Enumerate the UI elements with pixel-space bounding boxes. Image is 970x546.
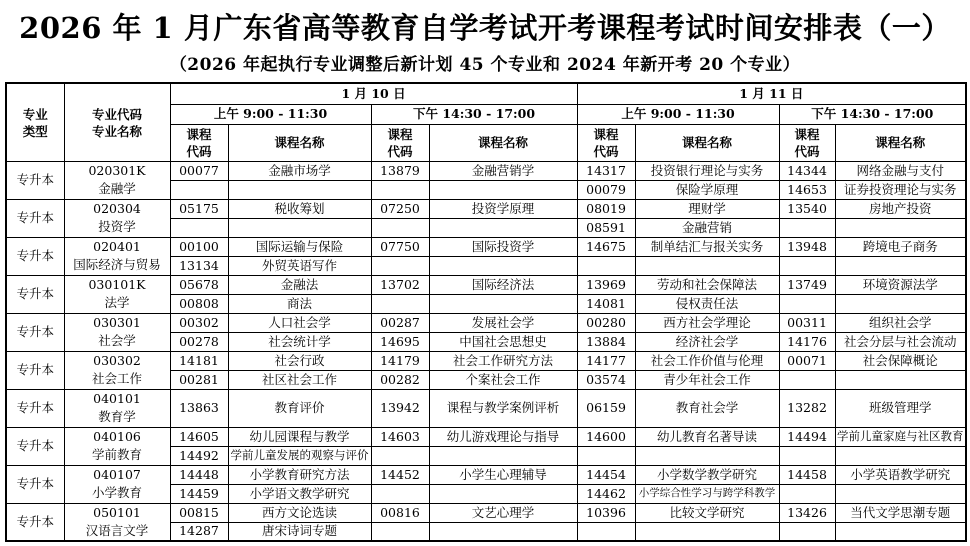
header-date-jan11: 1 月 11 日 xyxy=(577,83,966,104)
major-name: 金融学 xyxy=(66,180,169,198)
major-cell: 030302社会工作 xyxy=(64,351,170,389)
course-name-cell: 幼儿教育名著导读 xyxy=(635,427,779,446)
course-name-cell xyxy=(635,256,779,275)
course-code-cell: 07750 xyxy=(371,237,429,256)
course-code-cell: 08591 xyxy=(577,218,635,237)
course-name-cell: 理财学 xyxy=(635,199,779,218)
major-cell: 030101K法学 xyxy=(64,275,170,313)
course-name-cell: 投资学原理 xyxy=(429,199,577,218)
course-name-cell: 文艺心理学 xyxy=(429,503,577,522)
course-name-cell: 青少年社会工作 xyxy=(635,370,779,389)
course-name-cell: 税收筹划 xyxy=(228,199,371,218)
course-code-cell: 13879 xyxy=(371,161,429,180)
table-row: 专升本040101教育学13863教育评价13942课程与教学案例评析06159… xyxy=(6,389,966,427)
course-name-cell: 房地产投资 xyxy=(835,199,966,218)
table-row: 专升本020304投资学05175税收筹划07250投资学原理08019理财学1… xyxy=(6,199,966,218)
course-code-cell: 08019 xyxy=(577,199,635,218)
course-name-cell: 国际投资学 xyxy=(429,237,577,256)
course-code-cell xyxy=(779,218,835,237)
course-code-cell xyxy=(779,522,835,541)
exam-schedule-table: 专业 类型 专业代码 专业名称 1 月 10 日 1 月 11 日 上午 9:0… xyxy=(5,82,967,542)
course-code-cell: 13942 xyxy=(371,389,429,427)
header-course-code-2: 课程 代码 xyxy=(371,124,429,161)
course-code-cell: 14181 xyxy=(170,351,228,370)
major-name: 社会工作 xyxy=(66,370,169,388)
course-name-cell: 金融法 xyxy=(228,275,371,294)
course-name-cell xyxy=(228,180,371,199)
course-name-cell: 保险学原理 xyxy=(635,180,779,199)
course-name-cell: 发展社会学 xyxy=(429,313,577,332)
course-name-cell xyxy=(429,256,577,275)
course-code-cell xyxy=(371,256,429,275)
major-name: 投资学 xyxy=(66,218,169,236)
major-code: 020304 xyxy=(66,200,169,218)
course-name-cell: 教育评价 xyxy=(228,389,371,427)
course-name-cell: 小学语文教学研究 xyxy=(228,484,371,503)
header-major-code-line1: 专业代码 xyxy=(66,106,169,123)
course-code-cell: 14287 xyxy=(170,522,228,541)
course-code-cell: 00815 xyxy=(170,503,228,522)
course-name-cell xyxy=(835,522,966,541)
course-code-cell: 14179 xyxy=(371,351,429,370)
major-code: 030101K xyxy=(66,276,169,294)
course-code-cell: 13282 xyxy=(779,389,835,427)
major-cell: 020401国际经济与贸易 xyxy=(64,237,170,275)
major-name: 国际经济与贸易 xyxy=(66,256,169,274)
course-name-cell: 人口社会学 xyxy=(228,313,371,332)
header-course-code-4: 课程 代码 xyxy=(779,124,835,161)
major-type-cell: 专升本 xyxy=(6,237,64,275)
course-code-cell: 00287 xyxy=(371,313,429,332)
course-name-cell: 经济社会学 xyxy=(635,332,779,351)
major-code: 030301 xyxy=(66,314,169,332)
course-name-cell: 社会工作价值与伦理 xyxy=(635,351,779,370)
course-code-cell: 14462 xyxy=(577,484,635,503)
exam-schedule-page: 2026 年 1 月广东省高等教育自学考试开考课程考试时间安排表（一） （202… xyxy=(0,0,970,546)
header-date-jan10: 1 月 10 日 xyxy=(170,83,577,104)
course-name-cell: 金融市场学 xyxy=(228,161,371,180)
major-code: 040107 xyxy=(66,466,169,484)
course-name-cell: 环境资源法学 xyxy=(835,275,966,294)
course-name-cell: 国际运输与保险 xyxy=(228,237,371,256)
course-code-cell: 14317 xyxy=(577,161,635,180)
course-name-cell: 投资银行理论与实务 xyxy=(635,161,779,180)
course-name-cell: 社区社会工作 xyxy=(228,370,371,389)
course-name-cell xyxy=(429,180,577,199)
course-code-cell: 14603 xyxy=(371,427,429,446)
course-code-cell xyxy=(779,370,835,389)
course-code-cell: 14695 xyxy=(371,332,429,351)
course-name-cell xyxy=(635,522,779,541)
course-code-cell: 13540 xyxy=(779,199,835,218)
course-name-cell xyxy=(635,446,779,465)
course-code-cell: 14675 xyxy=(577,237,635,256)
course-name-cell xyxy=(429,484,577,503)
course-code-cell: 14081 xyxy=(577,294,635,313)
course-code-cell: 13134 xyxy=(170,256,228,275)
course-code-cell: 00816 xyxy=(371,503,429,522)
course-code-cell: 13702 xyxy=(371,275,429,294)
course-name-cell xyxy=(835,484,966,503)
course-code-cell: 14176 xyxy=(779,332,835,351)
course-code-cell: 00808 xyxy=(170,294,228,313)
course-name-cell xyxy=(835,256,966,275)
course-code-cell: 13969 xyxy=(577,275,635,294)
major-cell: 020304投资学 xyxy=(64,199,170,237)
table-row: 专升本020301K金融学00077金融市场学13879金融营销学14317投资… xyxy=(6,161,966,180)
course-name-cell: 制单结汇与报关实务 xyxy=(635,237,779,256)
course-name-cell: 证券投资理论与实务 xyxy=(835,180,966,199)
course-name-cell: 班级管理学 xyxy=(835,389,966,427)
course-name-cell: 小学综合性学习与跨学科教学 xyxy=(635,484,779,503)
course-name-cell xyxy=(835,446,966,465)
course-name-cell: 当代文学思潮专题 xyxy=(835,503,966,522)
course-code-cell: 05175 xyxy=(170,199,228,218)
course-code-cell: 00281 xyxy=(170,370,228,389)
course-name-cell: 小学教育研究方法 xyxy=(228,465,371,484)
major-code: 020301K xyxy=(66,162,169,180)
course-code-cell xyxy=(371,218,429,237)
major-cell: 020301K金融学 xyxy=(64,161,170,199)
course-code-cell xyxy=(170,218,228,237)
course-name-cell xyxy=(835,218,966,237)
course-code-cell: 13884 xyxy=(577,332,635,351)
header-course-code-1: 课程 代码 xyxy=(170,124,228,161)
course-code-cell: 05678 xyxy=(170,275,228,294)
major-code: 050101 xyxy=(66,504,169,522)
header-date-row: 专业 类型 专业代码 专业名称 1 月 10 日 1 月 11 日 xyxy=(6,83,966,104)
header-major-type-line1: 专业 xyxy=(8,106,63,123)
course-code-cell: 00077 xyxy=(170,161,228,180)
course-name-cell: 课程与教学案例评析 xyxy=(429,389,577,427)
header-course-code-3: 课程 代码 xyxy=(577,124,635,161)
table-row: 专升本040107小学教育14448小学教育研究方法14452小学生心理辅导14… xyxy=(6,465,966,484)
course-code-cell: 14459 xyxy=(170,484,228,503)
major-type-cell: 专升本 xyxy=(6,351,64,389)
course-code-cell: 14452 xyxy=(371,465,429,484)
header-course-name-1: 课程名称 xyxy=(228,124,371,161)
course-code-cell xyxy=(779,294,835,313)
table-row: 专升本040106学前教育14605幼儿园课程与教学14603幼儿游戏理论与指导… xyxy=(6,427,966,446)
course-code-cell xyxy=(577,522,635,541)
course-code-cell xyxy=(371,446,429,465)
major-name: 社会学 xyxy=(66,332,169,350)
course-name-cell xyxy=(835,294,966,313)
course-name-cell: 唐宋诗词专题 xyxy=(228,522,371,541)
header-course-name-2: 课程名称 xyxy=(429,124,577,161)
course-code-cell: 00278 xyxy=(170,332,228,351)
table-row: 专升本020401国际经济与贸易00100国际运输与保险07750国际投资学14… xyxy=(6,237,966,256)
course-name-cell: 学前儿童发展的观察与评价 xyxy=(228,446,371,465)
course-code-cell xyxy=(371,522,429,541)
course-code-cell: 00282 xyxy=(371,370,429,389)
course-name-cell xyxy=(429,218,577,237)
course-name-cell: 社会工作研究方法 xyxy=(429,351,577,370)
course-code-cell: 13948 xyxy=(779,237,835,256)
header-major-code-name: 专业代码 专业名称 xyxy=(64,83,170,161)
course-name-cell xyxy=(228,218,371,237)
course-code-cell xyxy=(577,256,635,275)
major-type-cell: 专升本 xyxy=(6,503,64,541)
course-name-cell xyxy=(429,522,577,541)
course-code-cell: 00079 xyxy=(577,180,635,199)
major-code: 040106 xyxy=(66,428,169,446)
header-course-name-3: 课程名称 xyxy=(635,124,779,161)
major-cell: 040101教育学 xyxy=(64,389,170,427)
major-type-cell: 专升本 xyxy=(6,427,64,465)
course-code-cell xyxy=(779,484,835,503)
page-title: 2026 年 1 月广东省高等教育自学考试开考课程考试时间安排表（一） xyxy=(0,0,970,46)
course-code-cell: 14448 xyxy=(170,465,228,484)
course-name-cell: 商法 xyxy=(228,294,371,313)
course-code-cell: 00302 xyxy=(170,313,228,332)
course-name-cell xyxy=(429,294,577,313)
course-code-cell: 00071 xyxy=(779,351,835,370)
course-code-cell: 14177 xyxy=(577,351,635,370)
course-code-cell: 13863 xyxy=(170,389,228,427)
major-type-cell: 专升本 xyxy=(6,389,64,427)
page-subtitle: （2026 年起执行专业调整后新计划 45 个专业和 2024 年新开考 20 … xyxy=(0,50,970,75)
course-code-cell: 14494 xyxy=(779,427,835,446)
table-row: 专升本050101汉语言文学00815西方文论选读00816文艺心理学10396… xyxy=(6,503,966,522)
major-name: 学前教育 xyxy=(66,446,169,464)
course-code-cell xyxy=(371,484,429,503)
table-row: 专升本030302社会工作14181社会行政14179社会工作研究方法14177… xyxy=(6,351,966,370)
major-cell: 040106学前教育 xyxy=(64,427,170,465)
major-code: 020401 xyxy=(66,238,169,256)
course-code-cell: 00311 xyxy=(779,313,835,332)
major-name: 小学教育 xyxy=(66,484,169,502)
major-type-cell: 专升本 xyxy=(6,161,64,199)
header-session-jan11-pm: 下午 14:30 - 17:00 xyxy=(779,104,966,124)
course-name-cell xyxy=(835,370,966,389)
course-name-cell: 小学英语教学研究 xyxy=(835,465,966,484)
course-code-cell xyxy=(371,180,429,199)
header-major-type-line2: 类型 xyxy=(8,123,63,140)
major-type-cell: 专升本 xyxy=(6,465,64,503)
major-cell: 030301社会学 xyxy=(64,313,170,351)
course-name-cell: 个案社会工作 xyxy=(429,370,577,389)
major-name: 教育学 xyxy=(66,408,169,426)
major-name: 法学 xyxy=(66,294,169,312)
course-name-cell: 社会统计学 xyxy=(228,332,371,351)
major-cell: 040107小学教育 xyxy=(64,465,170,503)
table-row: 专升本030101K法学05678金融法13702国际经济法13969劳动和社会… xyxy=(6,275,966,294)
course-name-cell: 幼儿游戏理论与指导 xyxy=(429,427,577,446)
course-name-cell: 金融营销学 xyxy=(429,161,577,180)
course-name-cell: 社会保障概论 xyxy=(835,351,966,370)
course-code-cell xyxy=(170,180,228,199)
course-code-cell: 14454 xyxy=(577,465,635,484)
course-name-cell: 学前儿童家庭与社区教育 xyxy=(835,427,966,446)
major-type-cell: 专升本 xyxy=(6,313,64,351)
header-session-jan11-am: 上午 9:00 - 11:30 xyxy=(577,104,779,124)
course-code-cell: 07250 xyxy=(371,199,429,218)
course-code-cell: 13749 xyxy=(779,275,835,294)
course-code-cell xyxy=(371,294,429,313)
course-name-cell: 外贸英语写作 xyxy=(228,256,371,275)
course-code-cell: 14600 xyxy=(577,427,635,446)
course-name-cell: 国际经济法 xyxy=(429,275,577,294)
course-code-cell xyxy=(577,446,635,465)
course-code-cell xyxy=(779,256,835,275)
major-type-cell: 专升本 xyxy=(6,275,64,313)
course-code-cell xyxy=(779,446,835,465)
course-name-cell: 跨境电子商务 xyxy=(835,237,966,256)
course-name-cell: 小学数学教学研究 xyxy=(635,465,779,484)
course-name-cell: 中国社会思想史 xyxy=(429,332,577,351)
course-name-cell: 幼儿园课程与教学 xyxy=(228,427,371,446)
course-code-cell: 14492 xyxy=(170,446,228,465)
major-code: 030302 xyxy=(66,352,169,370)
major-name: 汉语言文学 xyxy=(66,522,169,540)
course-name-cell: 社会行政 xyxy=(228,351,371,370)
header-session-jan10-am: 上午 9:00 - 11:30 xyxy=(170,104,371,124)
course-name-cell: 网络金融与支付 xyxy=(835,161,966,180)
schedule-table-body: 专升本020301K金融学00077金融市场学13879金融营销学14317投资… xyxy=(6,161,966,541)
course-code-cell: 14653 xyxy=(779,180,835,199)
course-name-cell: 西方文论选读 xyxy=(228,503,371,522)
course-name-cell: 组织社会学 xyxy=(835,313,966,332)
course-name-cell: 西方社会学理论 xyxy=(635,313,779,332)
course-code-cell: 13426 xyxy=(779,503,835,522)
course-code-cell: 06159 xyxy=(577,389,635,427)
course-name-cell: 劳动和社会保障法 xyxy=(635,275,779,294)
header-major-type: 专业 类型 xyxy=(6,83,64,161)
major-cell: 050101汉语言文学 xyxy=(64,503,170,541)
header-major-code-line2: 专业名称 xyxy=(66,123,169,140)
course-code-cell: 14458 xyxy=(779,465,835,484)
major-code: 040101 xyxy=(66,390,169,408)
major-type-cell: 专升本 xyxy=(6,199,64,237)
course-name-cell: 比较文学研究 xyxy=(635,503,779,522)
course-code-cell: 00100 xyxy=(170,237,228,256)
course-code-cell: 10396 xyxy=(577,503,635,522)
course-code-cell: 14605 xyxy=(170,427,228,446)
course-name-cell: 社会分层与社会流动 xyxy=(835,332,966,351)
course-name-cell: 侵权责任法 xyxy=(635,294,779,313)
header-course-name-4: 课程名称 xyxy=(835,124,966,161)
course-name-cell: 小学生心理辅导 xyxy=(429,465,577,484)
course-code-cell: 03574 xyxy=(577,370,635,389)
table-row: 专升本030301社会学00302人口社会学00287发展社会学00280西方社… xyxy=(6,313,966,332)
course-name-cell xyxy=(429,446,577,465)
header-session-jan10-pm: 下午 14:30 - 17:00 xyxy=(371,104,577,124)
course-name-cell: 教育社会学 xyxy=(635,389,779,427)
course-name-cell: 金融营销 xyxy=(635,218,779,237)
course-code-cell: 14344 xyxy=(779,161,835,180)
course-code-cell: 00280 xyxy=(577,313,635,332)
